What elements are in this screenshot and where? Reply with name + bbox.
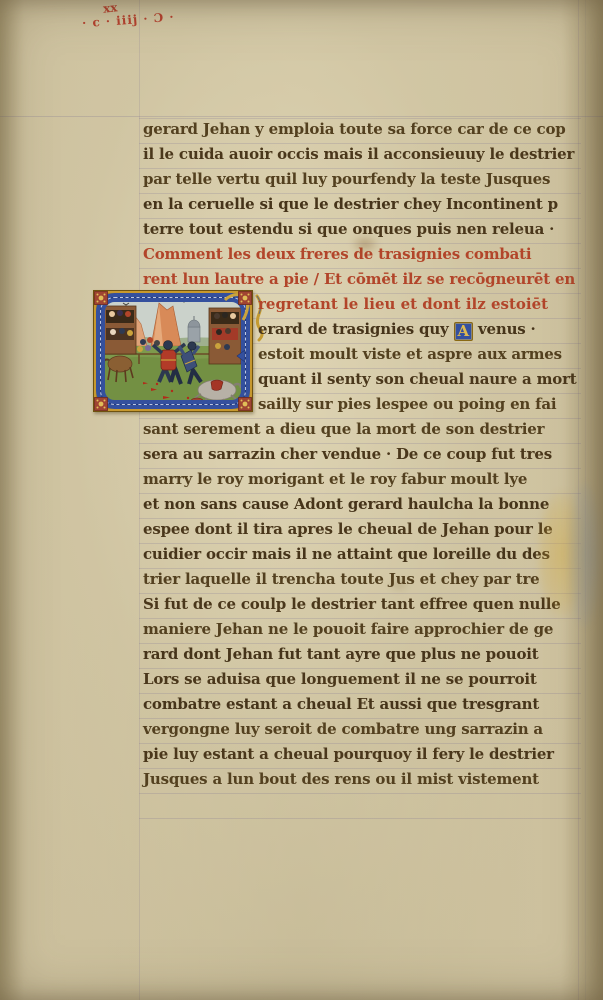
- text-line: marry le roy morigant et le roy fabur mo…: [143, 468, 581, 493]
- ruling-top-line: [0, 116, 603, 117]
- text-line: espee dont il tira apres le cheual de Je…: [143, 518, 581, 543]
- rubric-line: Comment les deux freres de trasignies co…: [143, 243, 581, 268]
- text-line: rard dont Jehan fut tant ayre que plus n…: [143, 643, 581, 668]
- illuminated-letter-a: A: [454, 322, 473, 341]
- foliation-number: · c · iiij · Ɔ ·: [82, 10, 175, 30]
- text-line: cuidier occir mais il ne attaint que lor…: [143, 543, 581, 568]
- text-line: Lors se aduisa que longuement il ne se p…: [143, 668, 581, 693]
- rubric-block: Comment les deux freres de trasignies co…: [143, 243, 581, 293]
- text-line: sailly sur pies lespee ou poing en fai: [258, 393, 588, 418]
- rubric-line-beside-miniature: regretant le lieu et dont ilz estoiēt: [258, 293, 588, 318]
- text-line: estoit moult viste et aspre aux armes: [258, 343, 588, 368]
- text-line: il le cuida auoir occis mais il acconsie…: [143, 143, 581, 168]
- historiated-initial-miniature: [93, 290, 253, 412]
- text-line: Jusques a lun bout des rens ou il mist v…: [143, 768, 581, 793]
- text-line: en la ceruelle si que le destrier chey I…: [143, 193, 581, 218]
- text-line: sera au sarrazin cher vendue · De ce cou…: [143, 443, 581, 468]
- text-line: combatre estant a cheual Et aussi que tr…: [143, 693, 581, 718]
- text-line: maniere Jehan ne le pouoit faire approch…: [143, 618, 581, 643]
- text-block-lower: sant serement a dieu que la mort de son …: [143, 418, 581, 793]
- text-line: trier laquelle il trencha toute Jus et c…: [143, 568, 581, 593]
- text-line: quant il senty son cheual naure a mort: [258, 368, 588, 393]
- gerard-line-pre: erard de trasignies quy: [258, 320, 449, 338]
- spectator-stand-left: [104, 306, 136, 354]
- text-block-upper: gerard Jehan y emploia toute sa force ca…: [143, 118, 581, 243]
- spectator-stand-right: [209, 308, 241, 364]
- gerard-line: erard de trasignies quyAvenus ·: [258, 318, 588, 343]
- text-line: pie luy estant a cheual pourquoy il fery…: [143, 743, 581, 768]
- text-line: par telle vertu quil luy pourfendy la te…: [143, 168, 581, 193]
- text-line: terre tout estendu si que onques puis ne…: [143, 218, 581, 243]
- text-line: et non sans cause Adont gerard haulcha l…: [143, 493, 581, 518]
- gerard-line-post: venus ·: [478, 320, 536, 338]
- text-block-beside-miniature: estoit moult viste et aspre aux armesqua…: [258, 343, 588, 418]
- miniature-scene: [102, 297, 244, 405]
- text-line: gerard Jehan y emploia toute sa force ca…: [143, 118, 581, 143]
- text-line: Si fut de ce coulp le destrier tant effr…: [143, 593, 581, 618]
- text-line: vergongne luy seroit de combatre ung sar…: [143, 718, 581, 743]
- text-line: sant serement a dieu que la mort de son …: [143, 418, 581, 443]
- manuscript-page: xx · c · iiij · Ɔ · gerard Jehan y emplo…: [0, 0, 603, 1000]
- ruling-left-vertical: [139, 0, 140, 1000]
- ruling-right-vertical-2: [585, 0, 586, 1000]
